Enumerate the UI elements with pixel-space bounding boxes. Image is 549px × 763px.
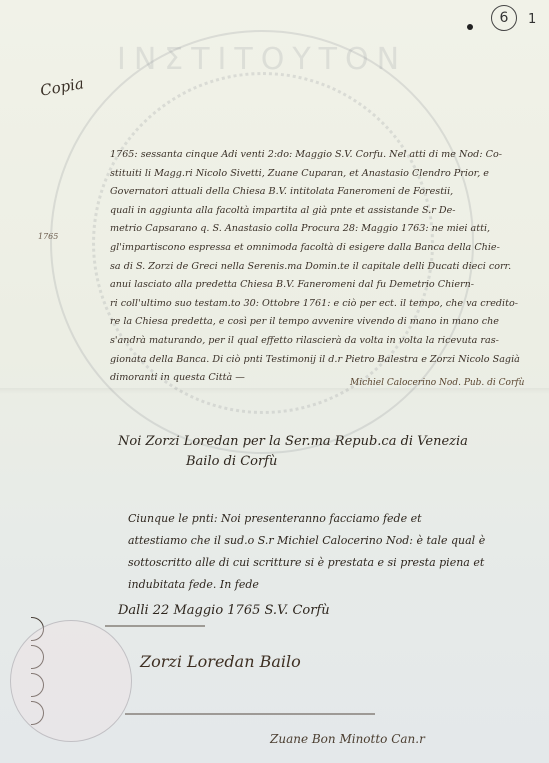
act-line: re la Chiesa predetta, e così per il tem… [110,313,542,332]
act-line: quali in aggiunta alla facoltà impartita… [110,202,542,221]
act-line: stituiti li Magg.ri Nicolo Sivetti, Zuan… [110,165,542,184]
act-line: metrio Capsarano q. S. Anastasio colla P… [110,220,542,239]
margin-year: 1765 [38,232,58,241]
attestation-line: indubitata fede. In fede [128,574,542,596]
act-line: 1765: sessanta cinque Adi venti 2:do: Ma… [110,146,542,165]
chancellor-signature: Zuane Bon Minotto Can.r [270,732,425,746]
paper-seal [10,620,132,742]
attestation-date: Dalli 22 Maggio 1765 S.V. Corfù [118,603,330,618]
notarial-act-text: 1765: sessanta cinque Adi venti 2:do: Ma… [110,146,542,388]
circled-page-number: 6 [491,5,517,31]
act-line: gl'impartiscono espressa et omnimoda fac… [110,239,542,258]
act-line: s'andrà maturando, per il qual effetto r… [110,332,542,351]
notary-signature: Michiel Calocerino Nod. Pub. di Corfù [350,378,524,388]
flourish-rule [125,713,375,715]
attestation-line: sottoscritto alle di cui scritture si è … [128,552,542,574]
act-line: anui lasciato alla predetta Chiesa B.V. … [110,276,542,295]
attestation-text: Ciunque le pnti: Noi presenteranno facci… [128,508,542,596]
folio-number: 1 [528,12,536,27]
heading-line-2: Bailo di Corfù [118,452,468,472]
attestation-line: attestiamo che il sud.o S.r Michiel Calo… [128,530,542,552]
act-line: gionata della Banca. Di ciò pnti Testimo… [110,351,542,370]
act-line: Governatori attuali della Chiesa B.V. in… [110,183,542,202]
act-line: ri coll'ultimo suo testam.to 30: Ottobre… [110,295,542,314]
flourish-rule [105,625,205,627]
margin-note: Copia [39,74,85,99]
ink-dot [467,24,473,30]
bailo-signature: Zorzi Loredan Bailo [140,652,301,671]
attestation-line: Ciunque le pnti: Noi presenteranno facci… [128,508,542,530]
paper-fold [0,388,549,394]
heading-line-1: Noi Zorzi Loredan per la Ser.ma Repub.ca… [118,434,468,449]
act-line: sa di S. Zorzi de Greci nella Serenis.ma… [110,258,542,277]
document-page: ΙΝΣΤΙΤΟΥΤΟΝ 6 1 Copia 1765 1765: sessant… [0,0,549,763]
attestation-heading: Noi Zorzi Loredan per la Ser.ma Repub.ca… [118,432,468,472]
